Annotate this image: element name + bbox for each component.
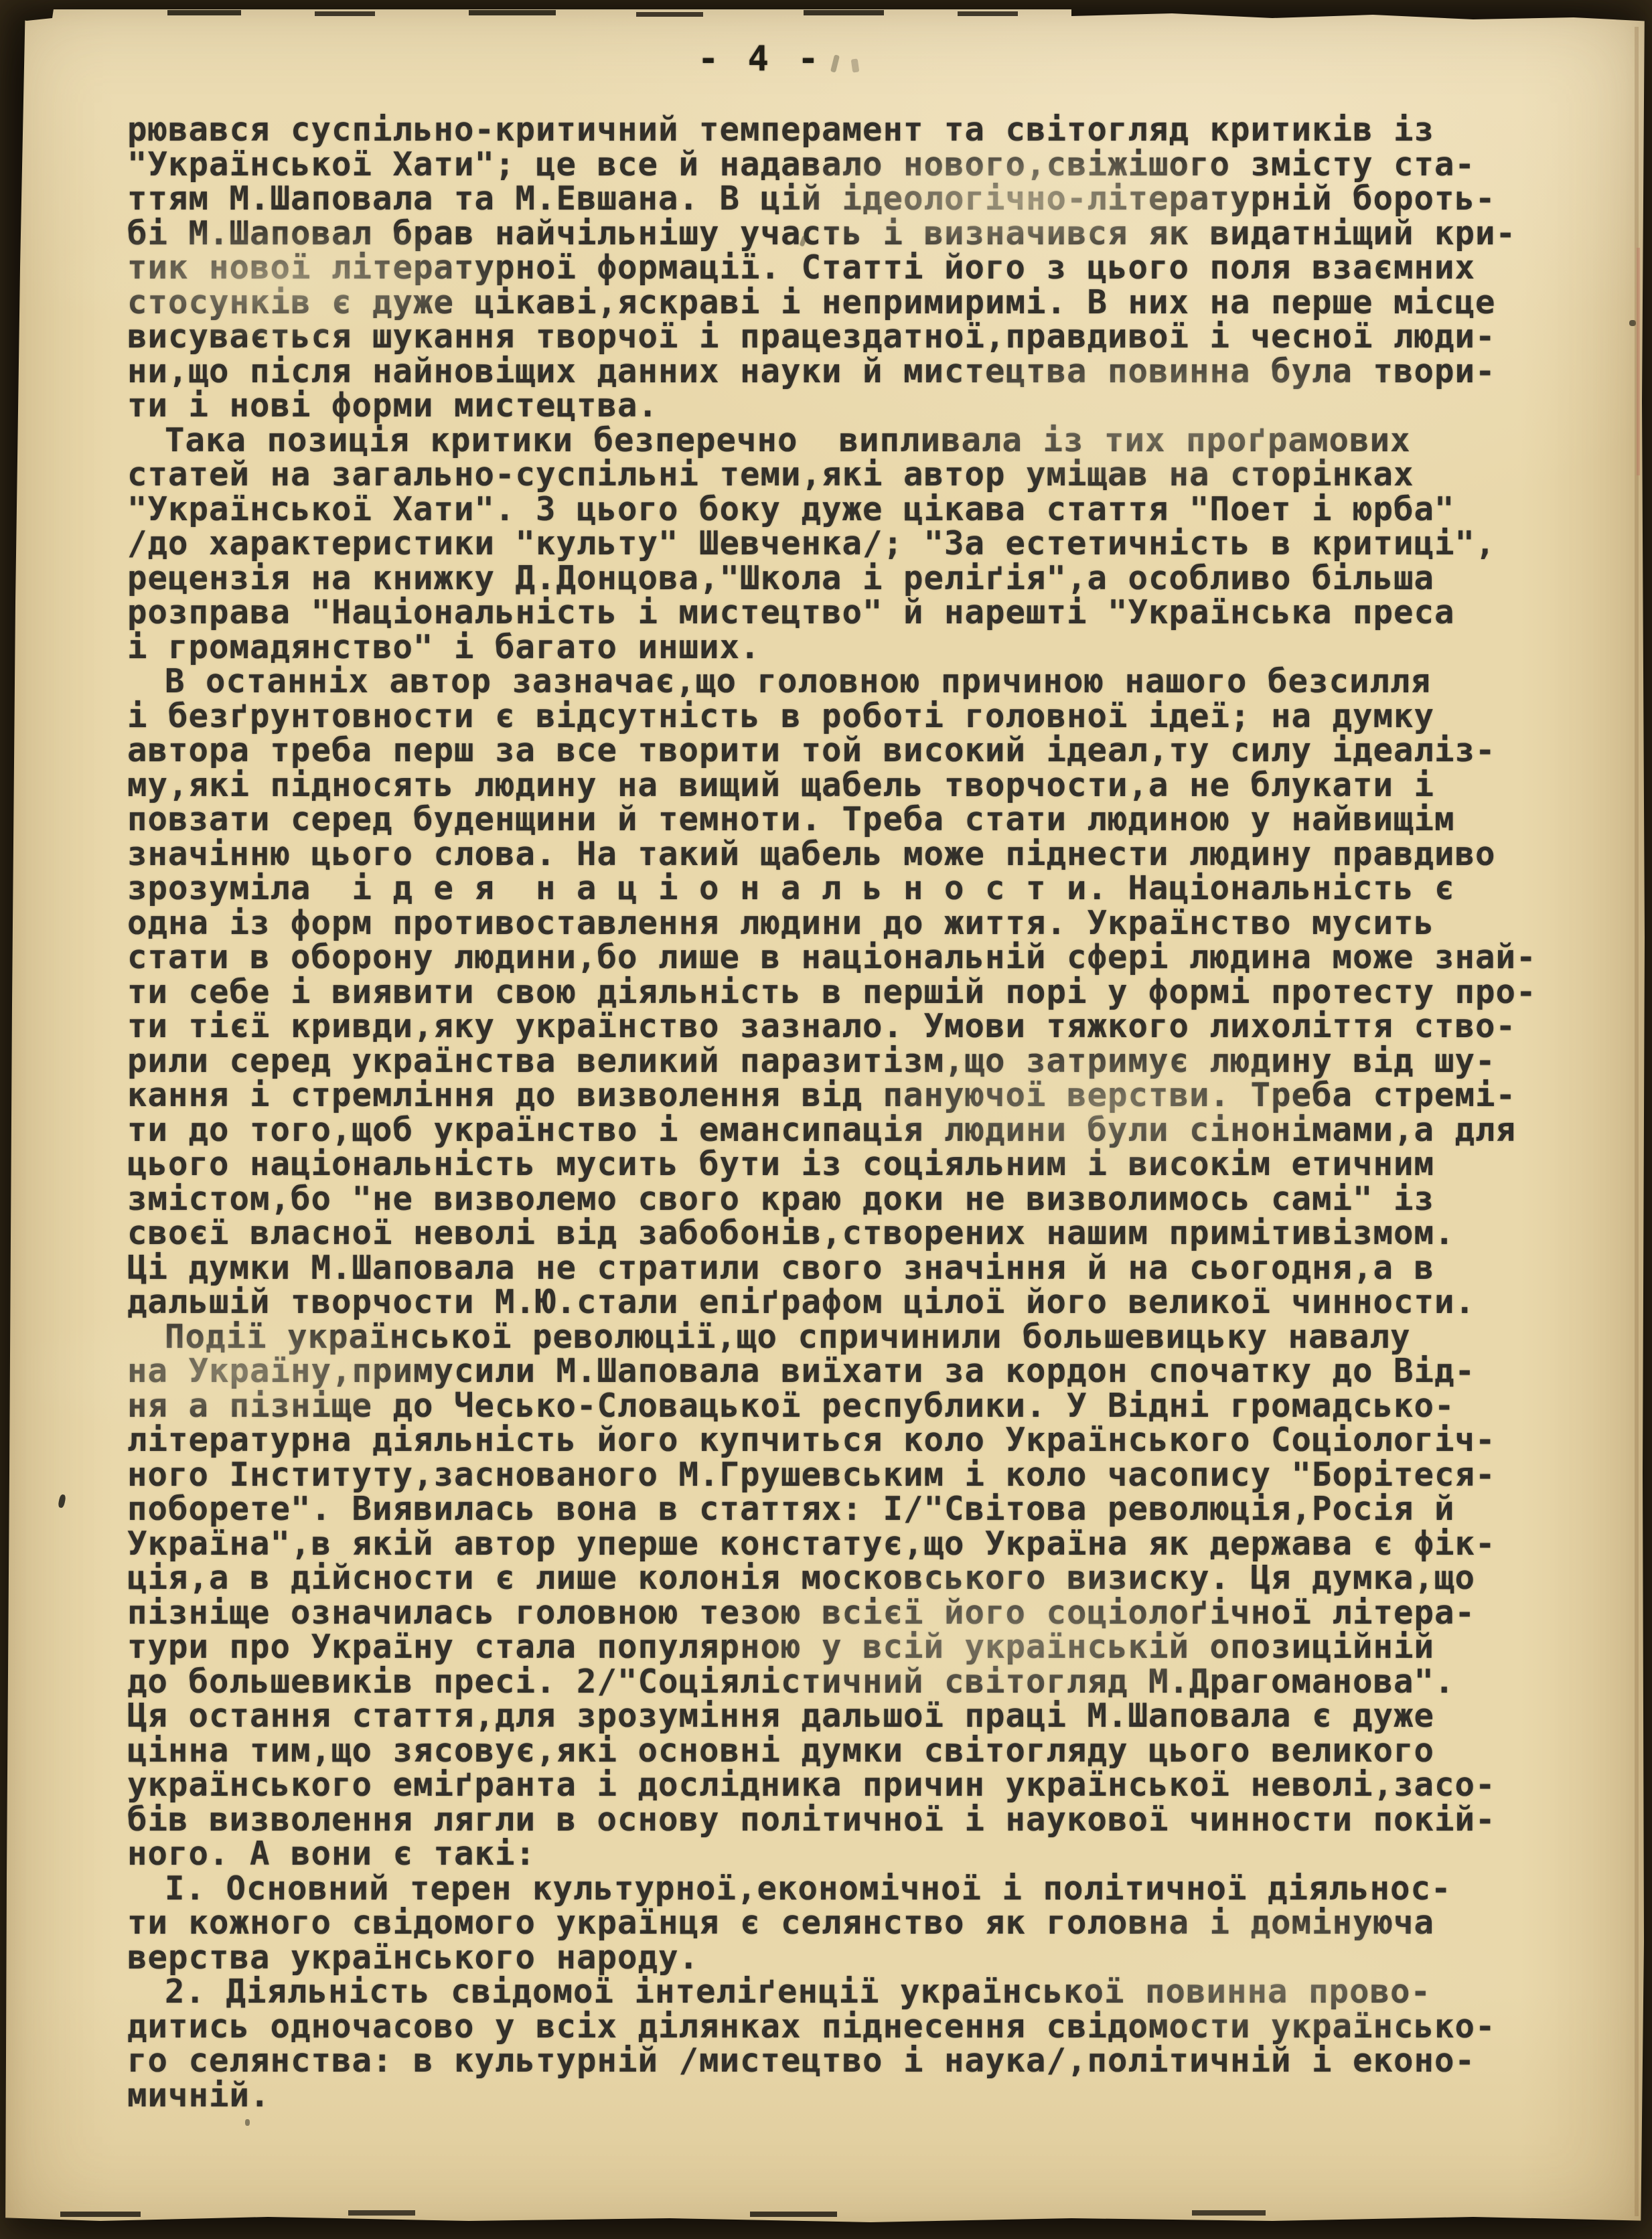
text-line: "Української Хати"; це все й надавало но… (127, 147, 1587, 182)
text-line: автора треба перш за все творити той вис… (127, 733, 1587, 768)
text-line: статей на загально-суспільні теми,які ав… (127, 457, 1587, 492)
text-line: змістом,бо "не визволемо свого краю доки… (127, 1182, 1587, 1217)
text-line: стати в оборону людини,бо лише в націона… (127, 940, 1587, 975)
text-line: ттям М.Шаповала та М.Евшана. В цій ідеол… (127, 181, 1587, 216)
text-line: го селянства: в культурній /мистецтво і … (127, 2043, 1587, 2078)
text-line: /до характеристики "культу" Шевченка/; "… (127, 526, 1587, 561)
text-line: ти і нові форми мистецтва. (127, 388, 1587, 423)
text-line: В останніх автор зазначає,що головною пр… (127, 664, 1587, 699)
paragraph: Події української революції,що спричинил… (127, 1320, 1587, 1871)
text-line: стосунків є дуже цікаві,яскраві і неприм… (127, 285, 1587, 320)
text-line: ного Інституту,заснованого М.Грушевським… (127, 1458, 1587, 1492)
text-line: мичній. (127, 2078, 1587, 2113)
page-number: - 4 - (698, 39, 823, 79)
text-line: тик нової літературної формації. Статті … (127, 250, 1587, 285)
text-line: літературна діяльність його купчиться ко… (127, 1423, 1587, 1458)
text-line: верства українського народу. (127, 1940, 1587, 1975)
ink-speck (1629, 320, 1636, 326)
paragraph: І. Основний терен культурної,економічної… (127, 1871, 1587, 1975)
ink-speck (245, 2119, 250, 2126)
text-line: і громадянство" і багато инших. (127, 630, 1587, 665)
text-line: розправа "Національність і мистецтво" й … (127, 595, 1587, 630)
paragraph: В останніх автор зазначає,що головною пр… (127, 664, 1587, 1320)
text-line: ти себе і виявити свою діяльність в перш… (127, 975, 1587, 1010)
pencil-mark (830, 54, 840, 72)
text-line: повзати серед буденщини й темноти. Треба… (127, 802, 1587, 837)
text-line: ти тієї кривди,яку українство зазнало. У… (127, 1009, 1587, 1044)
text-line: до большевиків пресі. 2/"Соціялістичний … (127, 1665, 1587, 1699)
text-line: дитись одночасово у всіх ділянках піднес… (127, 2009, 1587, 2044)
text-line: Україна",в якій автор уперше констатує,щ… (127, 1527, 1587, 1561)
text-line: Ці думки М.Шаповала не стратили свого зн… (127, 1251, 1587, 1286)
text-line: ти до того,щоб українство і емансипація … (127, 1113, 1587, 1148)
text-line: 2. Діяльність свідомої інтеліґенції укра… (127, 1975, 1587, 2009)
text-line: поборете". Виявилась вона в статтях: І/"… (127, 1492, 1587, 1527)
text-line: дальшій творчости М.Ю.стали епіґрафом ці… (127, 1285, 1587, 1320)
text-line: рецензія на книжку Д.Донцова,"Школа і ре… (127, 561, 1587, 596)
text-line: му,які підносять людину на вищий щабель … (127, 768, 1587, 803)
text-line: ни,що після найновіщих данних науки й ми… (127, 354, 1587, 389)
text-line: Події української революції,що спричинил… (127, 1320, 1587, 1355)
pencil-mark (851, 58, 860, 72)
text-line: Така позиція критики безперечно випливал… (127, 423, 1587, 458)
text-line: кання і стремління до визволення від пан… (127, 1078, 1587, 1113)
paragraph: 2. Діяльність свідомої інтеліґенції укра… (127, 1975, 1587, 2112)
text-line: бі М.Шаповал брав найчільнішу участь і в… (127, 216, 1587, 251)
text-line: бів визволення лягли в основу політичної… (127, 1802, 1587, 1837)
text-line: висувається шукання творчої і працездатн… (127, 319, 1587, 354)
text-line: рювався суспільно-критичний темперамент … (127, 112, 1587, 147)
text-line: ти кожного свідомого українця є селянств… (127, 1906, 1587, 1940)
text-line: ція,а в дійсности є лише колонія московс… (127, 1561, 1587, 1596)
text-line: тури про Україну стала популярною у всій… (127, 1630, 1587, 1665)
text-line: зрозуміла і д е я н а ц і о н а л ь н о … (127, 871, 1587, 906)
text-line: і безґрунтовности є відсутність в роботі… (127, 699, 1587, 734)
text-line: Ця остання стаття,для зрозуміння дальшої… (127, 1699, 1587, 1733)
text-line: І. Основний терен культурної,економічної… (127, 1871, 1587, 1906)
text-line: ного. А вони є такі: (127, 1837, 1587, 1871)
text-line: одна із форм противоставлення людини до … (127, 906, 1587, 941)
text-line: ня а пізніще до Чесько-Словацької респуб… (127, 1389, 1587, 1423)
paragraph: рювався суспільно-критичний темперамент … (127, 112, 1587, 423)
text-line: "Української Хати". З цього боку дуже ці… (127, 492, 1587, 527)
text-line: на Україну,примусили М.Шаповала виїхати … (127, 1354, 1587, 1389)
text-line: цього національність мусить бути із соці… (127, 1147, 1587, 1182)
text-line: своєї власної неволі від забобонів,створ… (127, 1216, 1587, 1251)
text-line: значінню цього слова. На такий щабель мо… (127, 837, 1587, 872)
document-text: рювався суспільно-критичний темперамент … (127, 112, 1587, 2112)
scanned-page: - 4 - рювався суспільно-критичний темпер… (0, 0, 1652, 2239)
paragraph: Така позиція критики безперечно випливал… (127, 423, 1587, 665)
text-line: рили серед українства великий паразитізм… (127, 1044, 1587, 1079)
text-line: пізніще означилась головною тезою всієї … (127, 1596, 1587, 1630)
text-line: українського еміґранта і дослідника прич… (127, 1768, 1587, 1802)
ink-speck (58, 1494, 66, 1508)
text-line: цінна тим,що зясовує,які основні думки с… (127, 1733, 1587, 1768)
